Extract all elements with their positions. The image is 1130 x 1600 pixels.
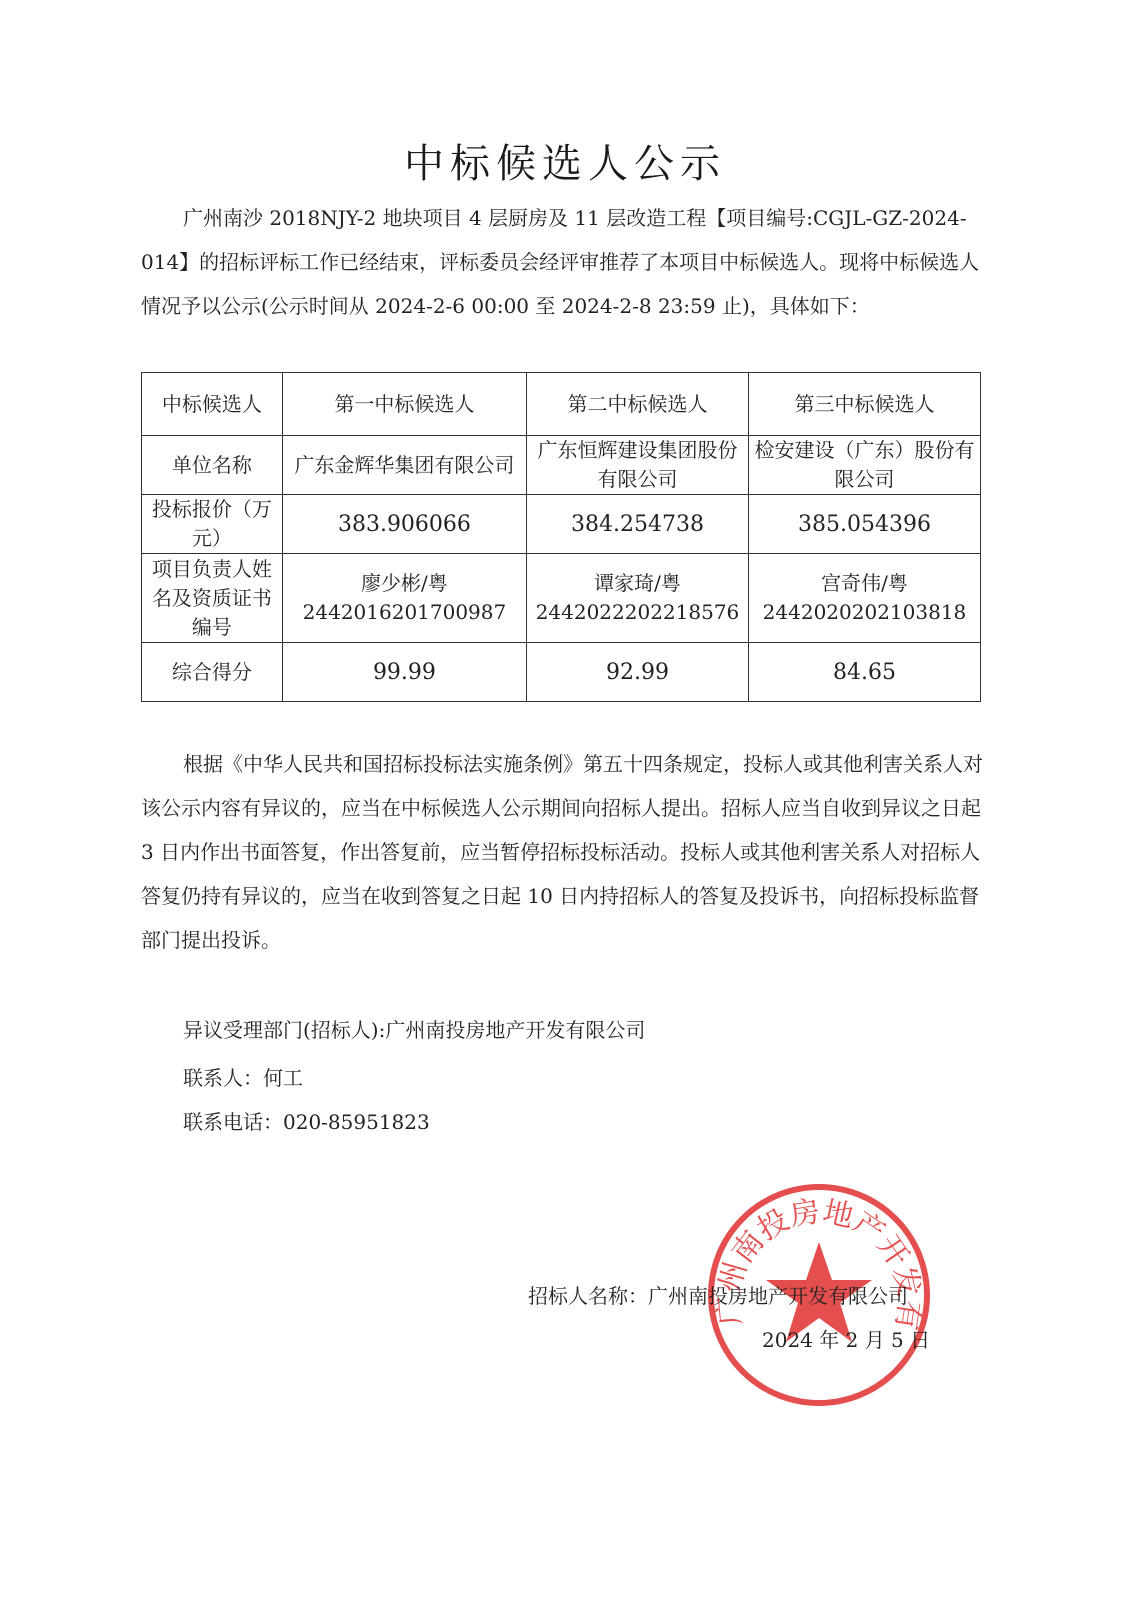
header-cell: 第三中标候选人 [748,373,980,436]
tenderer-signature: 招标人名称：广州南投房地产开发有限公司 [528,1280,908,1309]
table-cell: 谭家琦/粤 2442022202218576 [527,554,749,643]
contact-person: 联系人：何工 [183,1062,303,1091]
row-label: 综合得分 [142,643,283,702]
table-cell: 92.99 [527,643,749,702]
legal-notice: 根据《中华人民共和国招标投标法实施条例》第五十四条规定，投标人或其他利害关系人对… [141,742,983,962]
document-title: 中标候选人公示 [0,132,1130,189]
table-cell: 检安建设（广东）股份有限公司 [748,436,980,495]
table-cell: 广东恒辉建设集团股份有限公司 [527,436,749,495]
header-cell: 第一中标候选人 [282,373,526,436]
candidate-table: 中标候选人 第一中标候选人 第二中标候选人 第三中标候选人 单位名称 广东金辉华… [141,372,981,702]
signature-date: 2024 年 2 月 5 日 [762,1324,930,1353]
objection-dept: 异议受理部门(招标人):广州南投房地产开发有限公司 [183,1014,645,1043]
table-row: 单位名称 广东金辉华集团有限公司 广东恒辉建设集团股份有限公司 检安建设（广东）… [142,436,981,495]
table-cell: 383.906066 [282,495,526,554]
table-cell: 宫奇伟/粤 2442020202103818 [748,554,980,643]
table-row: 项目负责人姓名及资质证书编号 廖少彬/粤 244201620170098​7 谭… [142,554,981,643]
header-cell: 中标候选人 [142,373,283,436]
table-cell: 384.254738 [527,495,749,554]
table-cell: 84.65 [748,643,980,702]
contact-phone: 联系电话：020-85951823 [183,1106,430,1135]
table-cell: 广东金辉华集团有限公司 [282,436,526,495]
row-label: 单位名称 [142,436,283,495]
table-cell: 99.99 [282,643,526,702]
header-cell: 第二中标候选人 [527,373,749,436]
intro-paragraph: 广州南沙 2018NJY-2 地块项目 4 层厨房及 11 层改造工程【项目编号… [141,196,983,328]
table-cell: 385.054396 [748,495,980,554]
table-row: 综合得分 99.99 92.99 84.65 [142,643,981,702]
row-label: 项目负责人姓名及资质证书编号 [142,554,283,643]
row-label: 投标报价（万元） [142,495,283,554]
table-row: 投标报价（万元） 383.906066 384.254738 385.05439… [142,495,981,554]
table-header-row: 中标候选人 第一中标候选人 第二中标候选人 第三中标候选人 [142,373,981,436]
table-cell: 廖少彬/粤 244201620170098​7 [282,554,526,643]
